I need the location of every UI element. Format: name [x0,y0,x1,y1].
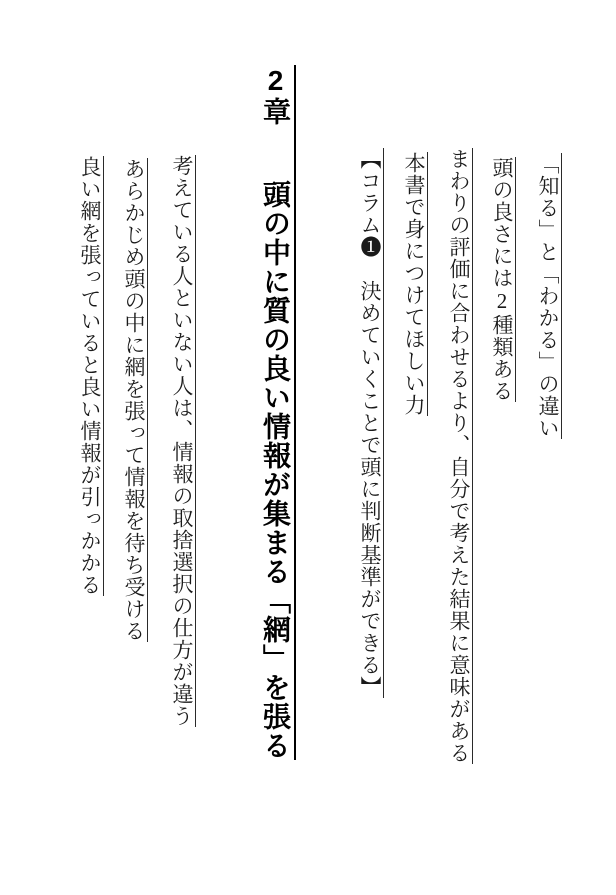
toc-entry-text: 頭の良さには2種類ある [491,157,516,402]
toc-entry: あらかじめ頭の中に網を張って情報を待ち受ける [123,158,148,642]
chapter-title: 頭の中に質の良い情報が集まる「網」を張る [260,180,291,760]
toc-entry-text: 「知る」と「わかる」の違い [537,153,562,439]
toc-entry-text: 良い網を張っていると良い情報が引っかかる [79,156,104,596]
book-toc-page: 「知る」と「わかる」の違い 頭の良さには2種類ある まわりの評価に合わせるより、… [0,0,616,895]
chapter-number: 2章 [260,65,291,126]
chapter-heading-rule: 2章 頭の中に質の良い情報が集まる「網」を張る [261,65,296,760]
toc-entry: 考えている人といない人は、情報の取捨選択の仕方が違う [171,155,196,727]
toc-entry: 頭の良さには2種類ある [491,157,516,402]
toc-entry-text: 本書で身につけてほしい力 [403,152,428,416]
toc-entry-text: まわりの評価に合わせるより、自分で考えた結果に意味がある [448,148,473,764]
toc-entry-text: 考えている人といない人は、情報の取捨選択の仕方が違う [171,155,196,727]
toc-entry-column: 【コラム❶ 決めていくことで頭に判断基準ができる】 [359,148,384,698]
toc-entry: まわりの評価に合わせるより、自分で考えた結果に意味がある [448,148,473,764]
toc-entry-text: 【コラム❶ 決めていくことで頭に判断基準ができる】 [359,148,384,698]
toc-entry: 良い網を張っていると良い情報が引っかかる [79,156,104,596]
toc-entry: 本書で身につけてほしい力 [403,152,428,416]
toc-entry-text: あらかじめ頭の中に網を張って情報を待ち受ける [123,158,148,642]
chapter-heading: 2章 頭の中に質の良い情報が集まる「網」を張る [261,65,296,760]
toc-entry: 「知る」と「わかる」の違い [537,153,562,439]
